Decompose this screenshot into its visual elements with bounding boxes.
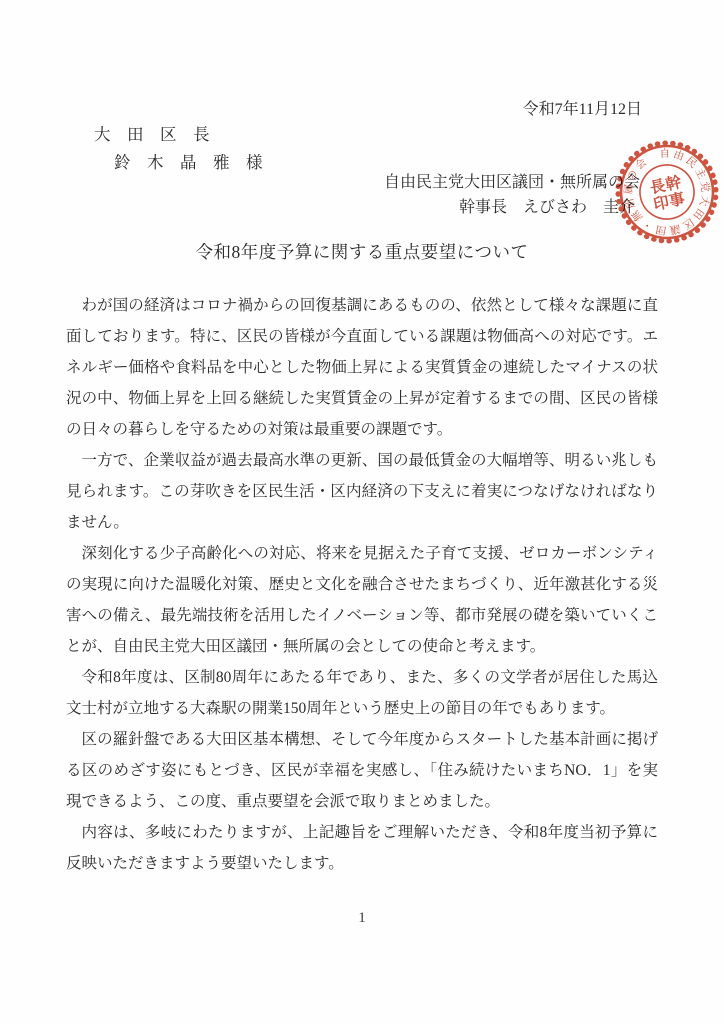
document-page: 令和7年11月12日 大 田 区 長 鈴 木 晶 雅 様 自由民主党大田区議団・…: [0, 0, 724, 1024]
body-paragraph: 区の羅針盤である大田区基本構想、そして今年度からスタートした基本計画に掲げる区の…: [66, 724, 658, 817]
body-paragraph: 令和8年度は、区制80周年にあたる年であり、また、多くの文学者が居住した馬込文士…: [66, 662, 658, 724]
page-number: 1: [0, 910, 724, 927]
document-title: 令和8年度予算に関する重点要望について: [0, 239, 724, 264]
letter-date: 令和7年11月12日: [523, 96, 642, 119]
body-paragraph: 一方で、企業収益が過去最高水準の更新、国の最低賃金の大幅増等、明るい兆しも見られ…: [66, 445, 658, 538]
letter-body: わが国の経済はコロナ禍からの回復基調にあるものの、依然として様々な課題に直面して…: [66, 290, 658, 879]
sender-signature: 幹事長 えびさわ 圭介: [459, 194, 635, 217]
seal-center-char: 事: [667, 190, 686, 211]
body-paragraph: 深刻化する少子高齢化への対応、将来を見据えた子育て支援、ゼロカーボンシティの実現…: [66, 538, 658, 662]
seal-center-text: 幹 事 長 印: [648, 172, 687, 214]
recipient-name: 鈴 木 晶 雅 様: [114, 149, 263, 173]
sender-organization: 自由民主党大田区議団・無所属の会: [384, 169, 640, 192]
recipient-title: 大 田 区 長: [94, 121, 210, 145]
body-paragraph: わが国の経済はコロナ禍からの回復基調にあるものの、依然として様々な課題に直面して…: [66, 290, 658, 445]
body-paragraph: 内容は、多岐にわたりますが、上記趣旨をご理解いただき、令和8年度当初予算に反映い…: [66, 817, 658, 879]
official-seal-icon: 自由民主党大田区議団・無所属の会 幹 事 長 印: [602, 127, 724, 257]
